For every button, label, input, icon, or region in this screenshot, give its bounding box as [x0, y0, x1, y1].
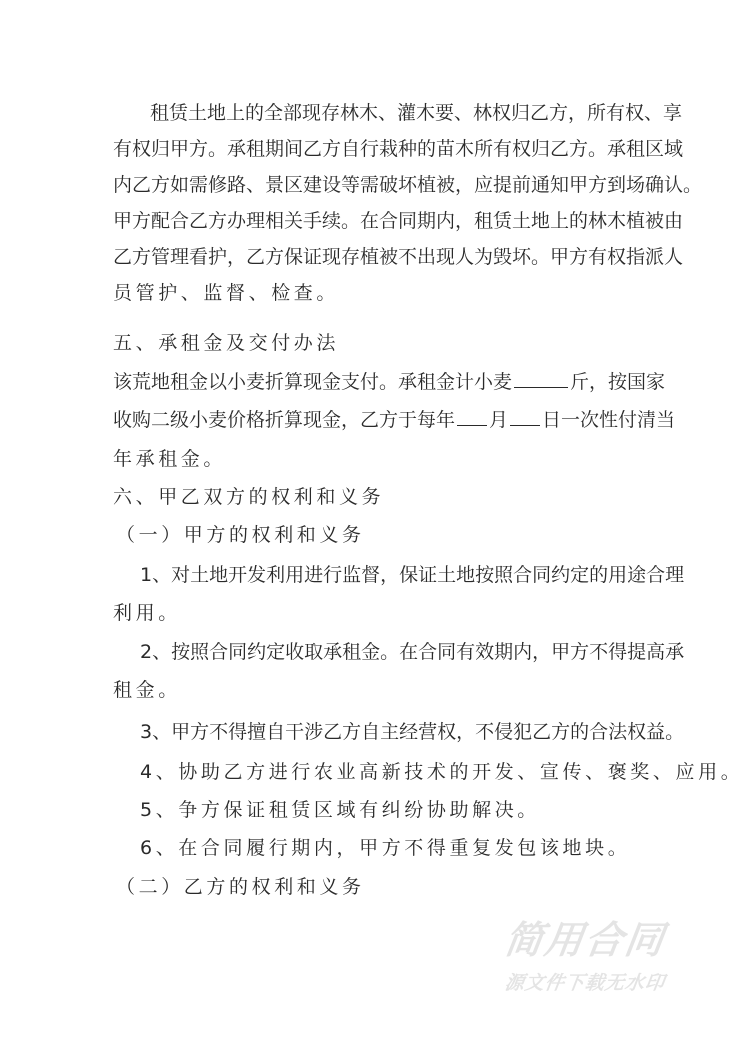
wheat-amount-blank[interactable] [514, 367, 568, 388]
rent-line-3: 年承租金。 [113, 446, 630, 472]
paragraph-line: 员管护、监督、检查。 [113, 280, 630, 306]
rent-text: 日一次性付清当 [542, 409, 675, 431]
list-item-2-cont: 租金。 [113, 677, 630, 703]
watermark-title: 简用合同 [502, 918, 708, 962]
subsection-heading-party-a: （一）甲方的权利和义务 [116, 522, 630, 548]
paragraph-line: 有权归甲方。承租期间乙方自行栽种的苗木所有权归乙方。承租区域 [113, 136, 630, 162]
paragraph-line: 乙方管理看护，乙方保证现存植被不出现人为毁坏。甲方有权指派人 [113, 244, 630, 270]
rent-text: 收购二级小麦价格折算现金，乙方于每年 [113, 409, 455, 431]
list-item-6: 6、在合同履行期内，甲方不得重复发包该地块。 [140, 835, 630, 861]
list-item-3: 3、甲方不得擅自干涉乙方自主经营权，不侵犯乙方的合法权益。 [140, 719, 630, 745]
document-page: 租赁土地上的全部现存林木、灌木要、林权归乙方，所有权、享 有权归甲方。承租期间乙… [0, 0, 742, 1049]
month-blank[interactable] [457, 405, 487, 426]
list-item-5: 5、争方保证租赁区域有纠纷协助解决。 [140, 797, 630, 823]
rent-line-1: 该荒地租金以小麦折算现金支付。承租金计小麦斤，按国家 [113, 367, 630, 393]
rent-text: 月 [489, 409, 508, 431]
rent-text: 该荒地租金以小麦折算现金支付。承租金计小麦 [113, 371, 512, 393]
subsection-heading-party-b: （二）乙方的权利和义务 [116, 874, 630, 900]
rent-text: 斤，按国家 [570, 371, 665, 393]
section-heading-rent: 五、承租金及交付办法 [113, 330, 630, 356]
list-item-2: 2、按照合同约定收取承租金。在合同有效期内，甲方不得提高承 [140, 639, 630, 665]
day-blank[interactable] [510, 405, 540, 426]
paragraph-line: 甲方配合乙方办理相关手续。在合同期内，租赁土地上的林木植被由 [113, 208, 630, 234]
watermark: 简用合同 源文件下载无水印 [505, 918, 705, 998]
paragraph-line: 内乙方如需修路、景区建设等需破坏植被，应提前通知甲方到场确认。 [113, 172, 630, 198]
list-item-1: 1、对土地开发利用进行监督，保证土地按照合同约定的用途合理 [140, 562, 630, 588]
rent-line-2: 收购二级小麦价格折算现金，乙方于每年月日一次性付清当 [113, 405, 630, 431]
list-item-1-cont: 利用。 [113, 600, 630, 626]
section-heading-rights: 六、甲乙双方的权利和义务 [113, 484, 630, 510]
watermark-subtitle: 源文件下载无水印 [503, 968, 707, 998]
list-item-4: 4、协助乙方进行农业高新技术的开发、宣传、褒奖、应用。 [140, 759, 630, 785]
paragraph-line: 租赁土地上的全部现存林木、灌木要、林权归乙方，所有权、享 [150, 100, 630, 126]
